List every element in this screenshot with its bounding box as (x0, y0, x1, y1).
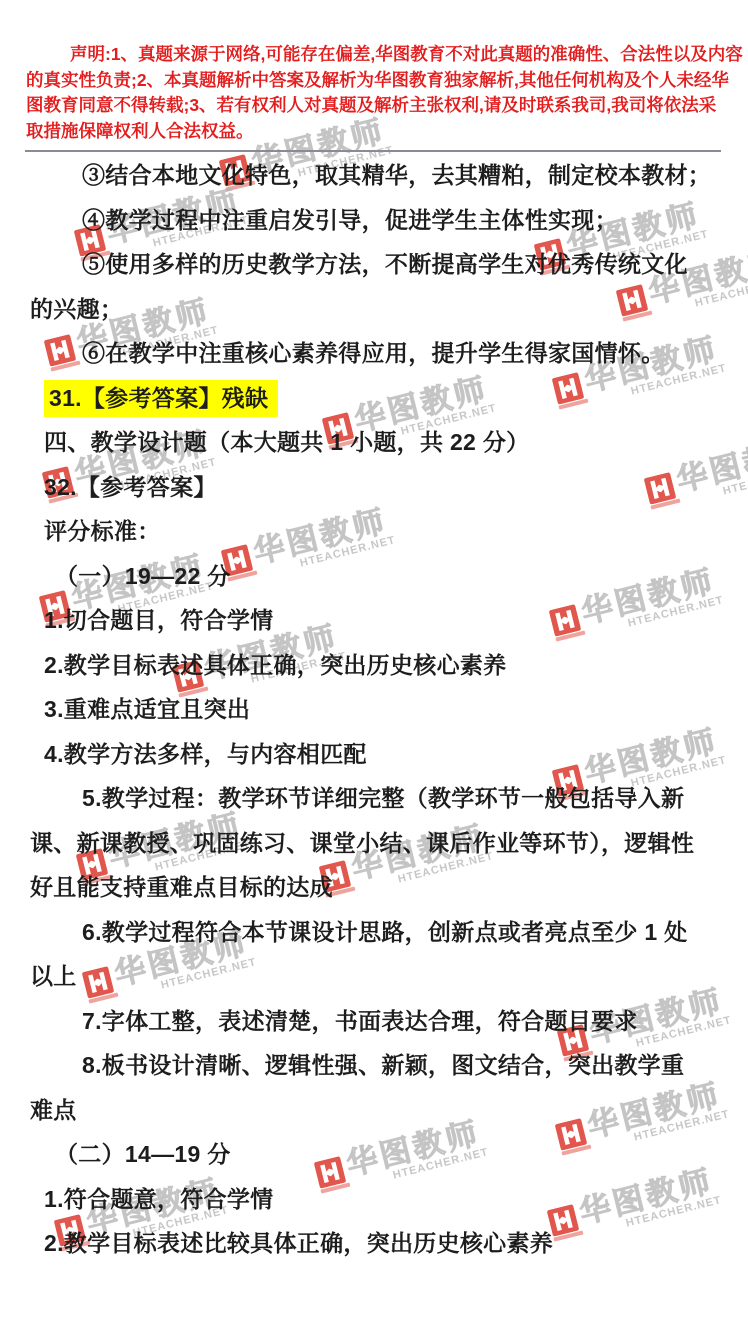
text-line: 6.教学过程符合本节课设计思路，创新点或者亮点至少 1 处 (30, 910, 714, 955)
text-line-span: 1.切合题目，符合学情 (44, 607, 273, 633)
text-line-span: 课、新课教授、巩固练习、课堂小结、课后作业等环节），逻辑性 (30, 830, 694, 856)
text-line-span: 2.教学目标表述比较具体正确，突出历史核心素养 (44, 1230, 553, 1256)
text-line: 难点 (30, 1088, 714, 1133)
text-line: ⑤使用多样的历史教学方法，不断提高学生对优秀传统文化 (30, 242, 714, 287)
disclaimer-line-text: 1、真题来源于网络,可能存在偏差,华图教育不对此真题的准确性、合法性以及内容 (111, 44, 743, 64)
text-line: 的兴趣； (30, 287, 714, 332)
text-line-span: 评分标准： (44, 518, 161, 544)
text-line: 8.板书设计清晰、逻辑性强、新颖，图文结合，突出教学重 (30, 1043, 714, 1088)
text-line-span: 5.教学过程：教学环节详细完整（教学环节一般包括导入新 (82, 785, 684, 811)
text-line: 以上 (30, 954, 714, 999)
text-line: 四、教学设计题（本大题共 1 小题，共 22 分） (30, 420, 714, 465)
text-line: ④教学过程中注重启发引导，促进学生主体性实现； (30, 198, 714, 243)
text-line: （二）14—19 分 (30, 1132, 714, 1177)
text-line: 4.教学方法多样，与内容相匹配 (30, 732, 714, 777)
text-line-span: 以上 (30, 963, 77, 989)
text-line-span: ⑤使用多样的历史教学方法，不断提高学生对优秀传统文化 (82, 251, 688, 277)
text-line-span: 2.教学目标表述具体正确，突出历史核心素养 (44, 652, 506, 678)
highlighted-answer: 31.【参考答案】残缺 (44, 380, 278, 417)
text-line: 3.重难点适宜且突出 (30, 687, 714, 732)
text-line: 1.符合题意，符合学情 (30, 1177, 714, 1222)
text-line-span: 3.重难点适宜且突出 (44, 696, 250, 722)
text-line: ③结合本地文化特色，取其精华，去其糟粕，制定校本教材； (30, 153, 714, 198)
text-line-span: ⑥在教学中注重核心素养得应用，提升学生得家国情怀。 (82, 340, 665, 366)
text-line-span: 7.字体工整，表述清楚，书面表达合理，符合题目要求 (82, 1008, 638, 1034)
watermark-net-text: HTEACHER.NET (722, 462, 748, 497)
text-line: 课、新课教授、巩固练习、课堂小结、课后作业等环节），逻辑性 (30, 821, 714, 866)
document-page: 华图教师HTEACHER.NET华图教师HTEACHER.NET华图教师HTEA… (0, 0, 748, 1335)
text-line-span: ④教学过程中注重启发引导，促进学生主体性实现； (82, 207, 618, 233)
text-line-span: 32.【参考答案】 (44, 474, 217, 500)
text-line-span: 四、教学设计题（本大题共 1 小题，共 22 分） (44, 429, 529, 455)
text-line-span: （一）19—22 分 (55, 563, 231, 589)
text-line-span: 4.教学方法多样，与内容相匹配 (44, 741, 367, 767)
text-line-span: 的兴趣； (30, 296, 123, 322)
disclaimer-line: 图教育同意不得转载;3、若有权利人对真题及解析主张权利,请及时联系我司,我司将依… (26, 93, 724, 119)
text-line: 5.教学过程：教学环节详细完整（教学环节一般包括导入新 (30, 776, 714, 821)
text-line-span: ③结合本地文化特色，取其精华，去其糟粕，制定校本教材； (82, 162, 711, 188)
text-line: 1.切合题目，符合学情 (30, 598, 714, 643)
text-line: 31.【参考答案】残缺 (30, 376, 714, 421)
text-line: 2.教学目标表述比较具体正确，突出历史核心素养 (30, 1221, 714, 1266)
text-line: 好且能支持重难点目标的达成 (30, 865, 714, 910)
text-line-span: （二）14—19 分 (55, 1141, 231, 1167)
text-line-span: 难点 (30, 1097, 77, 1123)
disclaimer-line: 的真实性负责;2、本真题解析中答案及解析为华图教育独家解析,其他任何机构及个人未… (26, 68, 724, 94)
text-line: 2.教学目标表述具体正确，突出历史核心素养 (30, 643, 714, 688)
text-line: 7.字体工整，表述清楚，书面表达合理，符合题目要求 (30, 999, 714, 1044)
text-line: 评分标准： (30, 509, 714, 554)
text-line-span: 8.板书设计清晰、逻辑性强、新颖，图文结合，突出教学重 (82, 1052, 684, 1078)
divider (25, 150, 721, 152)
text-line: （一）19—22 分 (30, 554, 714, 599)
content-lines: ③结合本地文化特色，取其精华，去其糟粕，制定校本教材；④教学过程中注重启发引导，… (30, 153, 714, 1266)
text-line-span: 6.教学过程符合本节课设计思路，创新点或者亮点至少 1 处 (82, 919, 687, 945)
text-line-span: 1.符合题意，符合学情 (44, 1186, 273, 1212)
text-line: 32.【参考答案】 (30, 465, 714, 510)
disclaimer-line: 取措施保障权利人合法权益。 (26, 119, 724, 145)
text-line-span: 好且能支持重难点目标的达成 (30, 874, 333, 900)
disclaimer-label: 声明: (70, 44, 111, 64)
disclaimer: 声明:1、真题来源于网络,可能存在偏差,华图教育不对此真题的准确性、合法性以及内… (26, 42, 724, 144)
text-line: ⑥在教学中注重核心素养得应用，提升学生得家国情怀。 (30, 331, 714, 376)
disclaimer-line: 声明:1、真题来源于网络,可能存在偏差,华图教育不对此真题的准确性、合法性以及内… (26, 42, 724, 68)
